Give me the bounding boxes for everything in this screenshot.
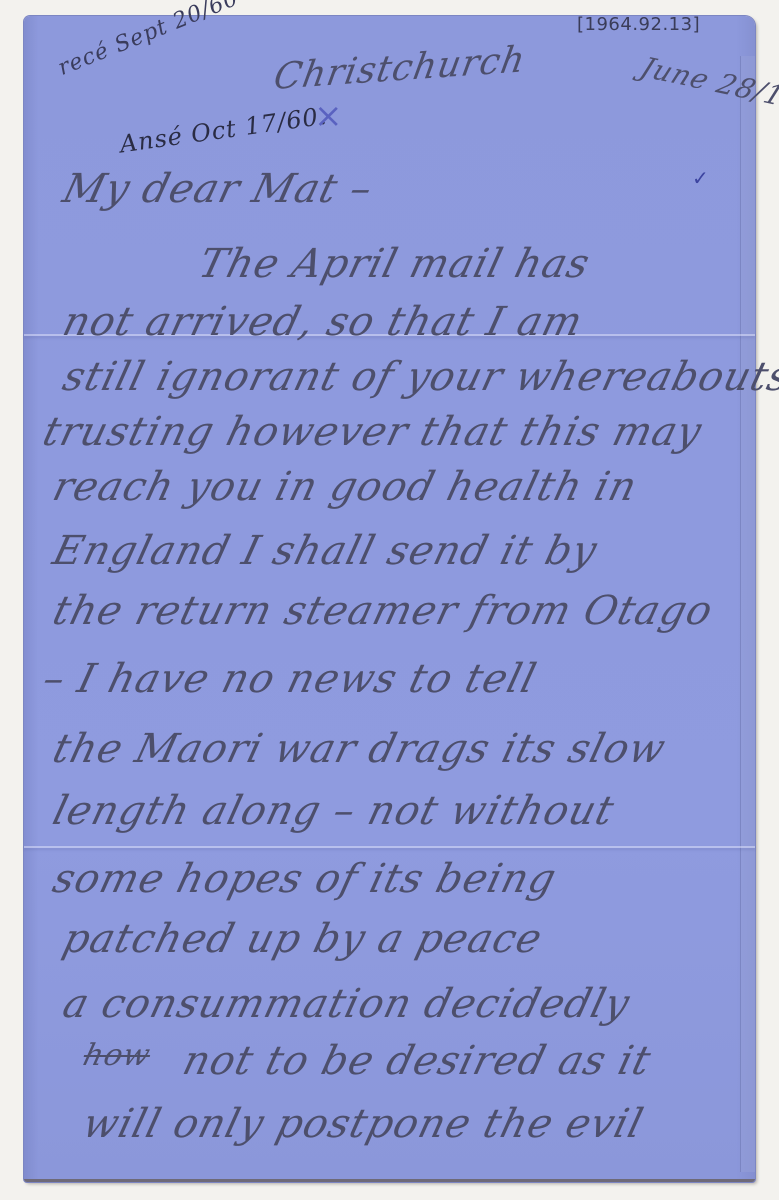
body-line: not arrived, so that I am [58,299,587,345]
tick-mark-icon: ✓ [692,166,710,190]
body-line: still ignorant of your whereabouts [58,354,779,400]
body-line: length along – not without [48,788,619,834]
sheet-right-edge [740,56,755,1172]
body-line: the Maori war drags its slow [48,726,670,772]
cross-mark-icon: × [314,96,344,136]
body-line: the return steamer from Otago [48,588,718,634]
letter-sheet: [1964.92.13] recé Sept 20/60 – Ansé Oct … [24,16,755,1182]
body-line: a consummation decidedly [58,981,634,1027]
body-line: The April mail has [194,241,594,287]
body-line: patched up by a peace [58,916,547,962]
body-line: England I shall send it by [48,528,602,574]
sheet-bottom-edge [24,1179,755,1182]
answered-annotation: Ansé Oct 17/60. [118,102,329,159]
accession-number: [1964.92.13] [577,14,700,35]
salutation: My dear Mat – [58,166,377,212]
body-line: not to be desired as it [178,1038,656,1084]
received-annotation: recé Sept 20/60 – [55,0,261,81]
body-line: will only postpone the evil [78,1101,648,1147]
body-line: reach you in good health in [48,464,642,510]
body-line: some hopes of its being [48,856,561,902]
struck-word: how [80,1038,155,1073]
body-line: – I have no news to tell [38,656,541,702]
letter-place: Christchurch [271,39,529,98]
body-line: trusting however that this may [38,409,706,455]
letter-date: June 28/1860 [636,51,779,124]
fold-line-lower [24,846,755,848]
